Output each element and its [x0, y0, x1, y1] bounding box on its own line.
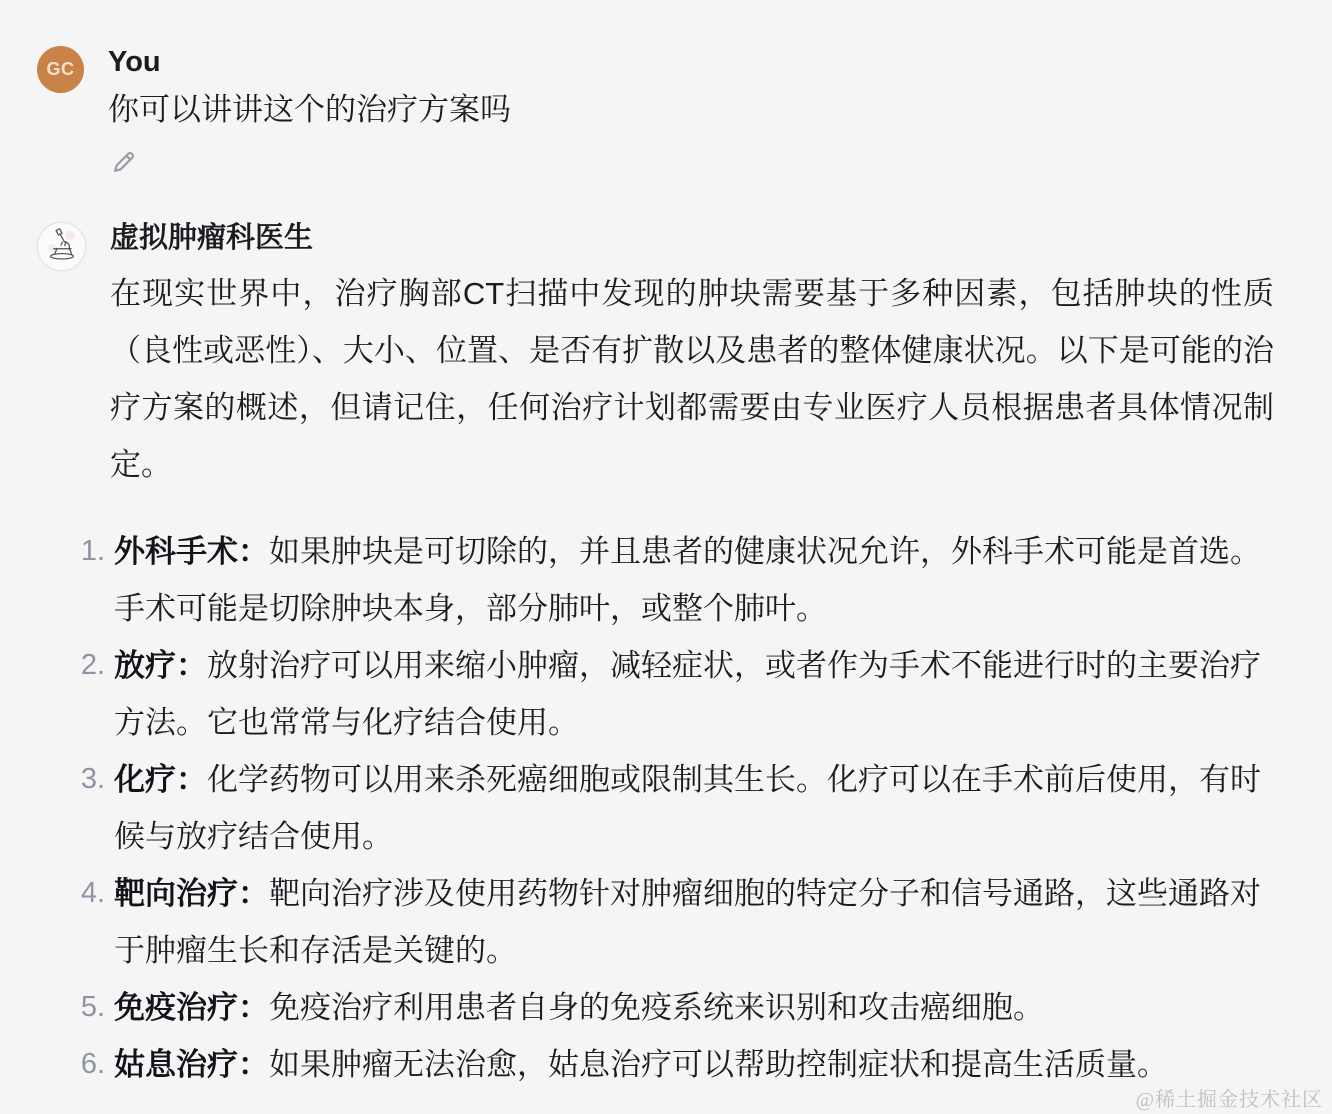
edit-message-button[interactable]	[110, 148, 138, 176]
assistant-avatar	[37, 222, 86, 271]
treatment-term: 化疗：	[114, 762, 207, 797]
treatment-term: 靶向治疗：	[114, 876, 269, 911]
chat-conversation: GC You 你可以讲讲这个的治疗方案吗	[0, 0, 1332, 1114]
treatment-term: 外科手术：	[114, 534, 269, 569]
assistant-message: 虚拟肿瘤科医生 在现实世界中，治疗胸部CT扫描中发现的肿块需要基于多种因素，包括…	[0, 218, 1332, 1093]
list-item: 3.化疗：化学药物可以用来杀死癌细胞或限制其生长。化疗可以在手术前后使用，有时候…	[79, 751, 1274, 865]
treatment-description: 如果肿块是可切除的，并且患者的健康状况允许，外科手术可能是首选。手术可能是切除肿…	[114, 534, 1261, 626]
treatment-description: 放射治疗可以用来缩小肿瘤，减轻症状，或者作为手术不能进行时的主要治疗方法。它也常…	[114, 648, 1261, 740]
list-item: 1.外科手术：如果肿块是可切除的，并且患者的健康状况允许，外科手术可能是首选。手…	[79, 523, 1274, 637]
treatment-description: 免疫治疗利用患者自身的免疫系统来识别和攻击癌细胞。	[269, 990, 1044, 1025]
list-item: 4.靶向治疗：靶向治疗涉及使用药物针对肿瘤细胞的特定分子和信号通路，这些通路对于…	[79, 865, 1274, 979]
list-number: 3.	[79, 751, 105, 808]
treatment-options-list: 1.外科手术：如果肿块是可切除的，并且患者的健康状况允许，外科手术可能是首选。手…	[110, 523, 1274, 1093]
list-item: 2.放疗：放射治疗可以用来缩小肿瘤，减轻症状，或者作为手术不能进行时的主要治疗方…	[79, 637, 1274, 751]
site-watermark: @稀土掘金技术社区	[1136, 1083, 1323, 1112]
list-number: 5.	[79, 979, 105, 1036]
list-number: 6.	[79, 1036, 105, 1093]
user-message-text: 你可以讲讲这个的治疗方案吗	[108, 87, 1274, 133]
assistant-author-name: 虚拟肿瘤科医生	[110, 218, 1274, 258]
user-avatar-initials: GC	[47, 59, 75, 80]
list-number: 2.	[79, 637, 105, 694]
treatment-description: 化学药物可以用来杀死癌细胞或限制其生长。化疗可以在手术前后使用，有时候与放疗结合…	[114, 762, 1261, 854]
treatment-description: 如果肿瘤无法治愈，姑息治疗可以帮助控制症状和提高生活质量。	[269, 1047, 1168, 1082]
assistant-intro-paragraph: 在现实世界中，治疗胸部CT扫描中发现的肿块需要基于多种因素，包括肿块的性质（良性…	[110, 265, 1274, 493]
microscope-icon	[43, 225, 81, 268]
list-item: 5.免疫治疗：免疫治疗利用患者自身的免疫系统来识别和攻击癌细胞。	[79, 979, 1274, 1036]
treatment-description: 靶向治疗涉及使用药物针对肿瘤细胞的特定分子和信号通路，这些通路对于肿瘤生长和存活…	[114, 876, 1261, 968]
user-avatar: GC	[37, 46, 84, 93]
pencil-icon	[110, 164, 138, 179]
list-number: 4.	[79, 865, 105, 922]
list-item: 6.姑息治疗：如果肿瘤无法治愈，姑息治疗可以帮助控制症状和提高生活质量。	[79, 1036, 1274, 1093]
user-author-name: You	[108, 42, 1274, 82]
treatment-term: 姑息治疗：	[114, 1047, 269, 1082]
user-message: GC You 你可以讲讲这个的治疗方案吗	[0, 0, 1332, 176]
list-number: 1.	[79, 523, 105, 580]
treatment-term: 免疫治疗：	[114, 990, 269, 1025]
treatment-term: 放疗：	[114, 648, 207, 683]
